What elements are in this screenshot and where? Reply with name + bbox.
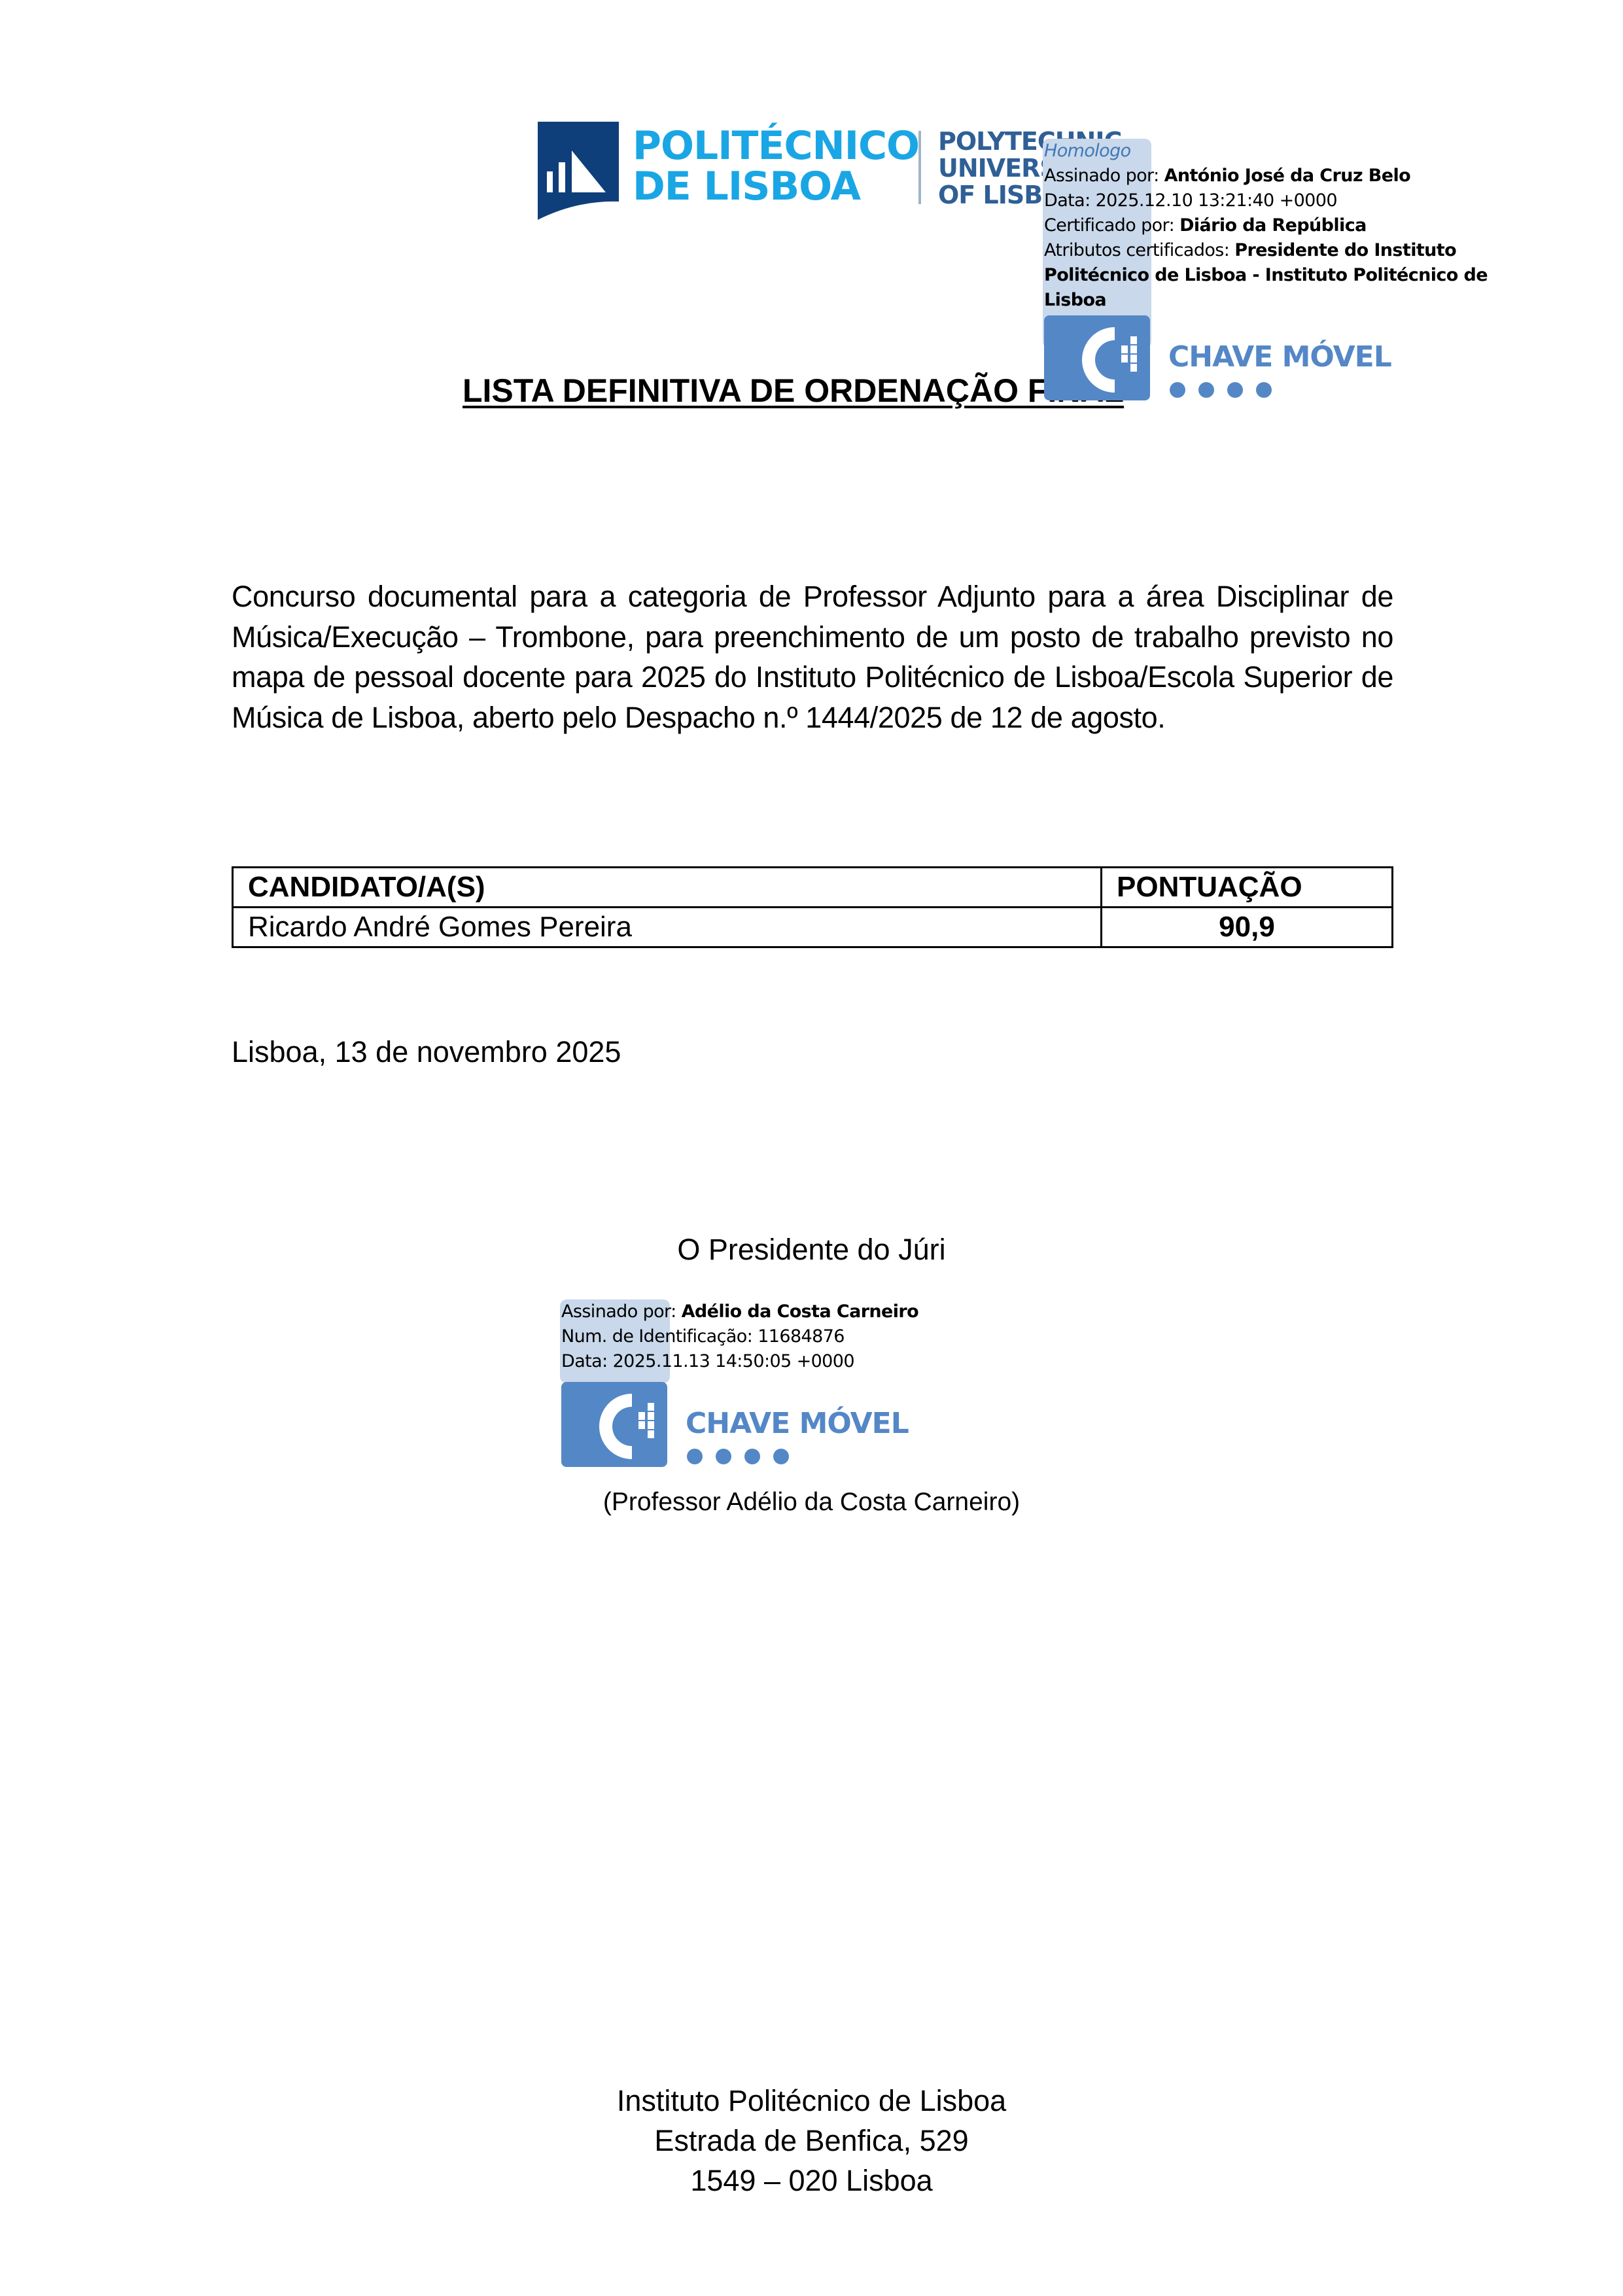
signature-annotation: Homologo <box>1044 139 1541 164</box>
jury-president-title: O Presidente do Júri <box>0 1230 1623 1269</box>
identification-number: 11684876 <box>758 1326 845 1347</box>
candidate-score: 90,9 <box>1102 908 1393 947</box>
institution-logo: POLITÉCNICO DE LISBOA POLYTECHNIC UNIVER… <box>538 122 1061 226</box>
signature-date: 2025.11.13 14:50:05 +0000 <box>613 1351 854 1371</box>
footer-institution: Instituto Politécnico de Lisboa <box>0 2081 1623 2121</box>
signature-date-line: Data: 2025.11.13 14:50:05 +0000 <box>561 1349 1058 1374</box>
contest-description: Concurso documental para a categoria de … <box>232 576 1393 737</box>
logo-divider <box>918 131 921 204</box>
footer-street: Estrada de Benfica, 529 <box>0 2121 1623 2161</box>
signature-date: 2025.12.10 13:21:40 +0000 <box>1096 190 1337 211</box>
signed-by-line: Assinado por: Adélio da Costa Carneiro <box>561 1299 1058 1324</box>
signature-date-line: Data: 2025.12.10 13:21:40 +0000 <box>1044 188 1541 213</box>
chave-movel-badge: CHAVE MÓVEL <box>1044 315 1358 400</box>
signed-by-line: Assinado por: António José da Cruz Belo <box>1044 164 1541 188</box>
jury-president-name: (Professor Adélio da Costa Carneiro) <box>0 1485 1623 1519</box>
ranking-table: CANDIDATO/A(S) PONTUAÇÃO Ricardo André G… <box>232 866 1393 948</box>
table-header-row: CANDIDATO/A(S) PONTUAÇÃO <box>233 868 1393 908</box>
identification-line: Num. de Identificação: 11684876 <box>561 1324 1058 1349</box>
digital-signature-jury[interactable]: Assinado por: Adélio da Costa Carneiro N… <box>561 1299 1058 1374</box>
column-header-score: PONTUAÇÃO <box>1102 868 1393 908</box>
chave-movel-label: CHAVE MÓVEL <box>686 1407 909 1440</box>
signer-name: Adélio da Costa Carneiro <box>682 1301 919 1322</box>
digital-signature-homologation[interactable]: Homologo Assinado por: António José da C… <box>1044 139 1541 313</box>
signer-name: António José da Cruz Belo <box>1164 166 1411 186</box>
certified-by-line: Certificado por: Diário da República <box>1044 213 1541 238</box>
certified-attributes-line: Atributos certificados: Presidente do In… <box>1044 238 1541 263</box>
table-row: Ricardo André Gomes Pereira 90,9 <box>233 908 1393 947</box>
footer-postal-code: 1549 – 020 Lisboa <box>0 2161 1623 2200</box>
certifier: Diário da República <box>1179 215 1367 236</box>
candidate-name: Ricardo André Gomes Pereira <box>233 908 1102 947</box>
chave-movel-icon <box>1044 315 1150 400</box>
chave-movel-dots <box>687 1449 789 1464</box>
logo-name-pt: POLITÉCNICO DE LISBOA <box>633 126 919 207</box>
chave-movel-icon <box>561 1382 667 1467</box>
chave-movel-badge: CHAVE MÓVEL <box>561 1382 875 1467</box>
place-and-date: Lisboa, 13 de novembro 2025 <box>232 1033 621 1072</box>
institution-address: Instituto Politécnico de Lisboa Estrada … <box>0 2081 1623 2200</box>
column-header-candidate: CANDIDATO/A(S) <box>233 868 1102 908</box>
chave-movel-label: CHAVE MÓVEL <box>1168 340 1391 374</box>
ipl-sail-logo-icon <box>538 122 619 220</box>
chave-movel-dots <box>1170 382 1272 398</box>
